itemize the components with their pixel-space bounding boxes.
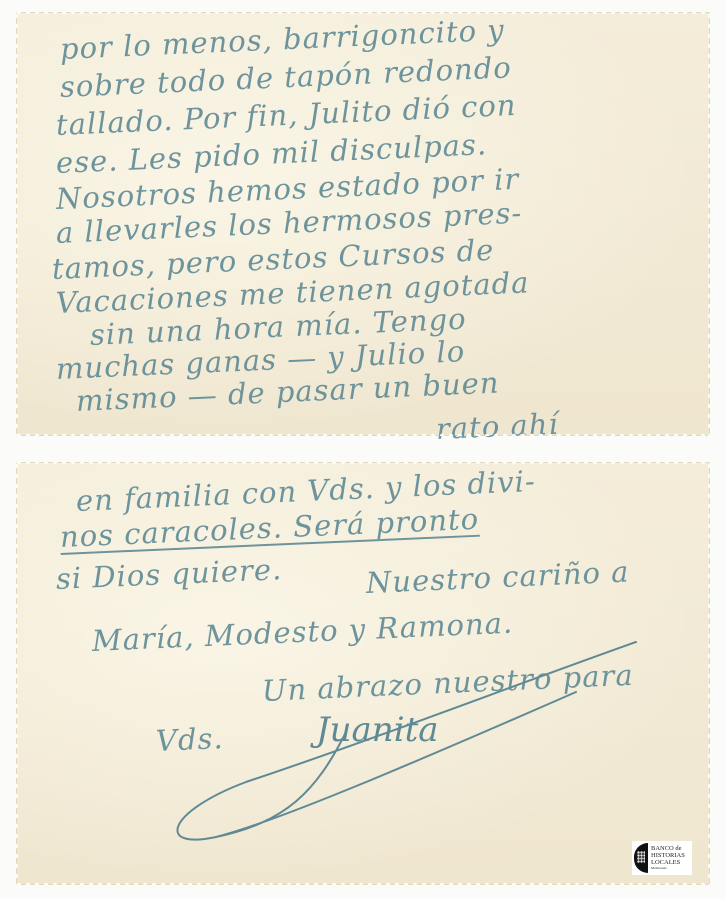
logo-line-4: Maldonado <box>651 866 685 871</box>
letter-page-1: por lo menos, barrigoncito y sobre todo … <box>16 12 710 436</box>
logo-line-1: BANCO de <box>651 845 685 852</box>
handwritten-line: rato ahí <box>435 407 559 446</box>
logo-line-3: LOCALES <box>651 859 685 866</box>
tree-icon <box>634 843 648 873</box>
letter-page-2: en familia con Vds. y los divi- nos cara… <box>16 462 710 885</box>
logo-line-2: HISTORIAS <box>651 852 685 859</box>
signature-flourish-icon <box>16 462 710 885</box>
banco-historias-locales-logo: BANCO de HISTORIAS LOCALES Maldonado <box>632 841 692 875</box>
